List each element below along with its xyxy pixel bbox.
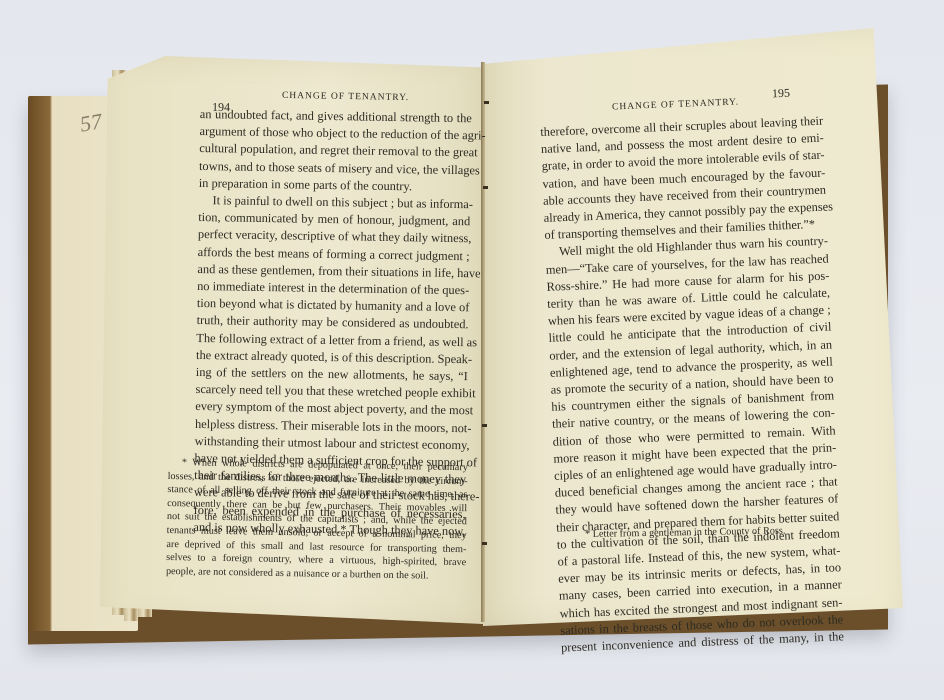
book-photo-scene: 57 194 CHANGE OF TENANTRY. an undoubted … bbox=[0, 0, 944, 700]
right-page-number: 195 bbox=[772, 86, 791, 102]
handwritten-note: 57 bbox=[78, 108, 104, 137]
binding-stitch bbox=[484, 101, 489, 104]
binding-stitch bbox=[482, 424, 487, 427]
right-page-body: therefore, overcome all their scruples a… bbox=[540, 113, 844, 657]
left-page-footnote: * When whole districts are depopulated a… bbox=[166, 456, 468, 584]
binding-stitch bbox=[482, 542, 487, 545]
book-gutter bbox=[481, 62, 485, 622]
binding-stitch bbox=[483, 186, 488, 189]
